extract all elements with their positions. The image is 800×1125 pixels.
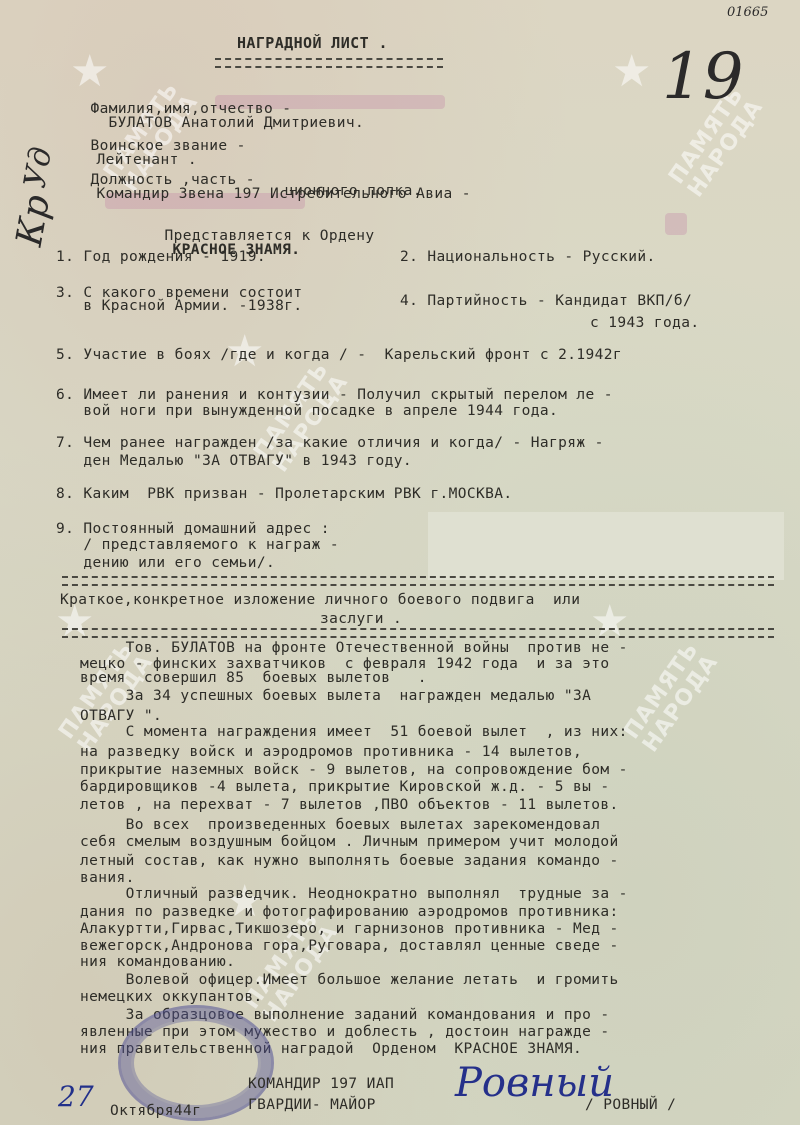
commander-name: / РОВНЫЙ / bbox=[585, 1098, 676, 1113]
narrative-line: летный состав, как нужно выполнять боевы… bbox=[80, 854, 619, 869]
narrative-line: летов , на перехват - 7 вылетов ,ПВО объ… bbox=[80, 798, 619, 813]
margin-scribble: Уд bbox=[18, 144, 60, 190]
field-party-cont: с 1943 года. bbox=[590, 316, 700, 331]
field-address-cont: / представляемого к награж - bbox=[56, 538, 339, 553]
narrative-line: За 34 успешных боевых вылета награжден м… bbox=[80, 689, 591, 704]
narrative-line: время совершил 85 боевых вылетов . bbox=[80, 671, 427, 686]
narrative-line: ОТВАГУ ". bbox=[80, 709, 162, 724]
narrative-line: Отличный разведчик. Неоднократно выполня… bbox=[80, 887, 628, 902]
narrative-line: Во всех произведенных боевых вылетах зар… bbox=[80, 818, 600, 833]
narrative-line: Тов. БУЛАТОВ на фронте Отечественной вой… bbox=[80, 641, 628, 656]
sheet-number: 19 bbox=[662, 40, 743, 114]
section-heading-cont: заслуги . bbox=[320, 612, 402, 627]
document-page: ★ ПАМЯТЬ НАРОДА ★ ПАМЯТЬ НАРОДА ★ ПАМЯТЬ… bbox=[0, 0, 800, 1125]
narrative-line: себя смелым воздушным бойцом . Личным пр… bbox=[80, 835, 619, 850]
field-address: 9. Постоянный домашний адрес : bbox=[56, 522, 330, 537]
position-value-cont: ционного полка. bbox=[285, 184, 422, 199]
narrative-line: Волевой офицер.Имеет большое желание лет… bbox=[80, 973, 619, 988]
section-heading: Краткое,конкретное изложение личного бое… bbox=[60, 593, 580, 608]
field-birth-year: 1. Год рождения - 1919. bbox=[56, 250, 266, 265]
field-nationality: 2. Национальность - Русский. bbox=[400, 250, 656, 265]
narrative-line: С момента награждения имеет 51 боевой вы… bbox=[80, 725, 628, 740]
narrative-line: вания. bbox=[80, 871, 135, 886]
title-underline bbox=[215, 58, 443, 68]
address-redaction bbox=[428, 512, 784, 580]
narrative-line: вежегорск,Андронова гора,Руговара, доста… bbox=[80, 939, 619, 954]
field-address-cont: дению или его семьи/. bbox=[56, 556, 275, 571]
document-title: НАГРАДНОЙ ЛИСТ . bbox=[237, 36, 388, 51]
field-prior-awards-cont: ден Медалью "ЗА ОТВАГУ" в 1943 году. bbox=[56, 454, 412, 469]
narrative-line: на разведку войск и аэродромов противник… bbox=[80, 745, 582, 760]
commander-rank: ГВАРДИИ- МАЙОР bbox=[248, 1098, 376, 1113]
narrative-line: ния командованию. bbox=[80, 955, 235, 970]
field-combat: 5. Участие в боях /где и когда / - Карел… bbox=[56, 348, 622, 363]
narrative-line: прикрытие наземных войск - 9 вылетов, на… bbox=[80, 763, 628, 778]
date-day: 27 bbox=[58, 1080, 94, 1113]
field-conscription: 8. Каким РВК призван - Пролетарским РВК … bbox=[56, 487, 513, 502]
narrative-line: Алакуртти,Гирвас,Тикшозеро, и гарнизонов… bbox=[80, 922, 619, 937]
watermark-text: ПАМЯТЬ НАРОДА bbox=[620, 638, 723, 757]
field-prior-awards: 7. Чем ранее награжден /за какие отличия… bbox=[56, 436, 604, 451]
narrative-line: немецких оккупантов. bbox=[80, 990, 263, 1005]
section-separator bbox=[62, 628, 774, 638]
date-text: Октября44г bbox=[110, 1104, 201, 1119]
margin-scribble: Кр bbox=[9, 192, 58, 249]
ink-smear bbox=[665, 213, 687, 235]
field-wounds-cont: вой ноги при вынужденной посадке в апрел… bbox=[56, 404, 558, 419]
field-party: 4. Партийность - Кандидат ВКП/б/ bbox=[400, 294, 692, 309]
commander-title: КОМАНДИР 197 ИАП bbox=[248, 1077, 394, 1092]
narrative-line: дания по разведке и фотографированию аэр… bbox=[80, 905, 619, 920]
narrative-line: бардировщиков -4 вылета, прикрытие Киров… bbox=[80, 780, 610, 795]
archive-number: 01665 bbox=[727, 5, 768, 20]
field-army-since-value: в Красной Армии. -1938г. bbox=[56, 299, 303, 314]
watermark-star-icon: ★ bbox=[612, 50, 651, 94]
field-wounds: 6. Имеет ли ранения и контузии - Получил… bbox=[56, 388, 613, 403]
section-separator bbox=[62, 576, 774, 586]
